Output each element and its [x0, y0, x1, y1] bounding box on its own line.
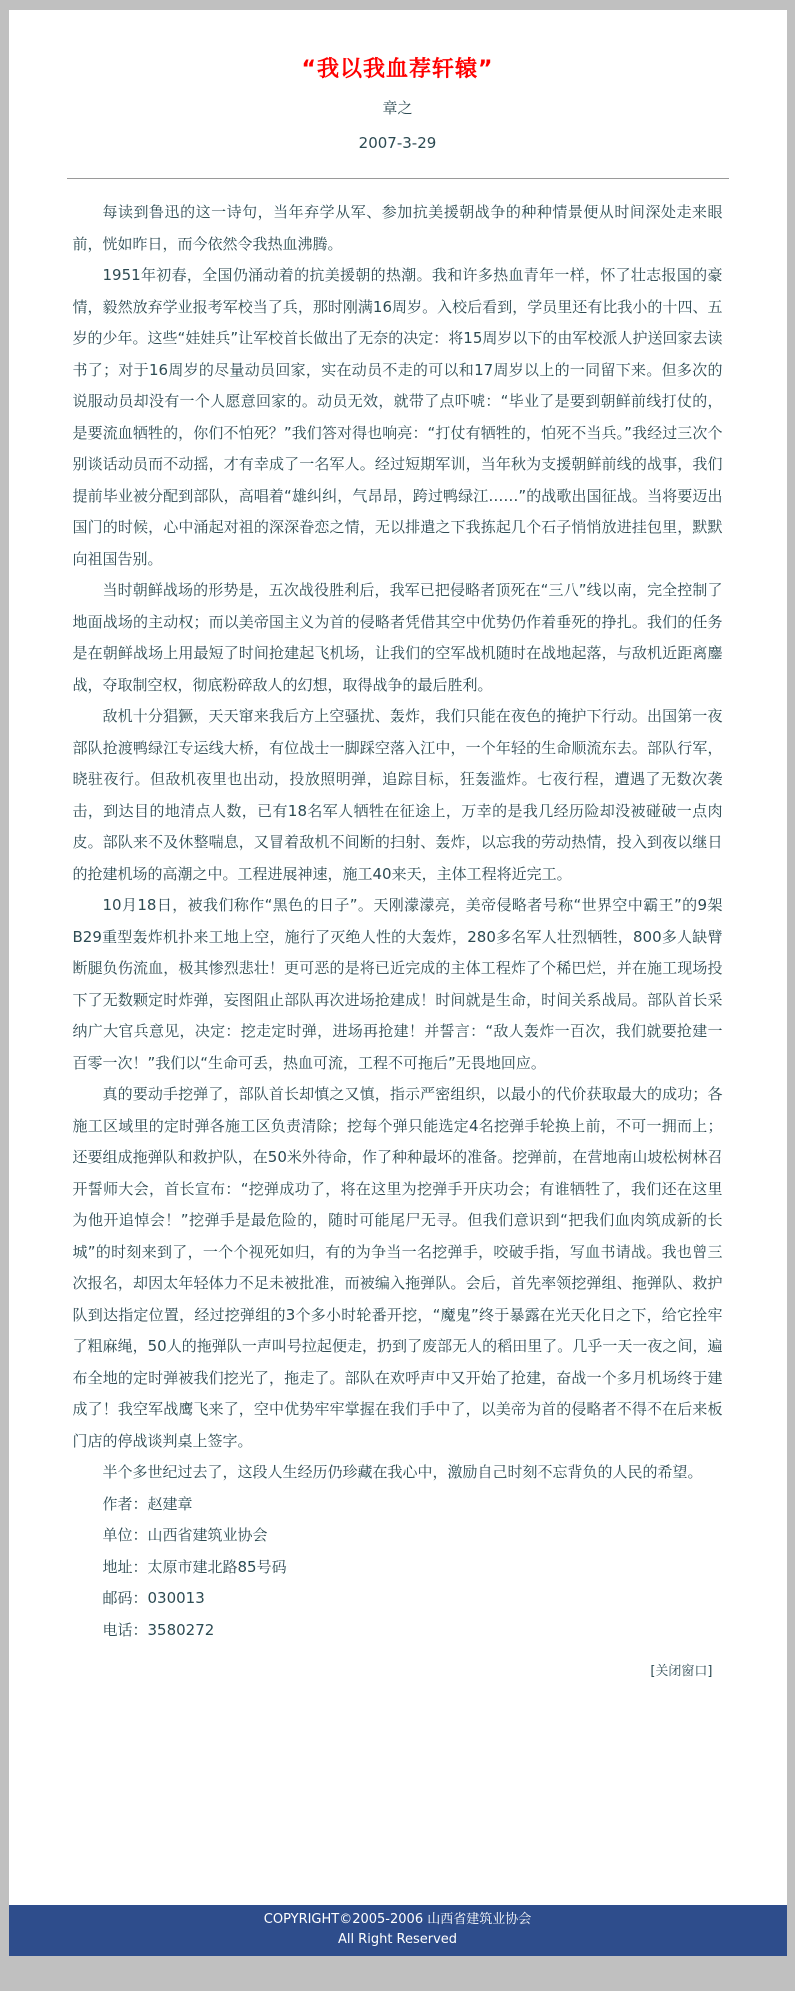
article-paragraph: 敌机十分猖獗，天天窜来我后方上空骚扰、轰炸，我们只能在夜色的掩护下行动。出国第一…	[73, 701, 723, 890]
footer-rights: All Right Reserved	[9, 1930, 787, 1950]
meta-phone-line: 电话：3580272	[73, 1615, 723, 1647]
page-title: “我以我血荐轩辕”	[9, 52, 787, 83]
article-author: 章之	[9, 97, 787, 118]
article-paragraph: 当时朝鲜战场的形势是，五次战役胜利后，我军已把侵略者顶死在“三八”线以南，完全控…	[73, 575, 723, 701]
article-paragraph: 每读到鲁迅的这一诗句，当年弃学从军、参加抗美援朝战争的种种情景便从时间深处走来眼…	[73, 197, 723, 260]
page-footer: COPYRIGHT©2005-2006 山西省建筑业协会 All Right R…	[9, 1905, 787, 1956]
article-paragraph: 半个多世纪过去了，这段人生经历仍珍藏在我心中，激励自己时刻不忘背负的人民的希望。	[73, 1457, 723, 1489]
header-divider	[67, 178, 729, 179]
meta-author-line: 作者：赵建章	[73, 1489, 723, 1521]
article-paragraph: 10月18日，被我们称作“黑色的日子”。天刚濛濛亮，美帝侵略者号称“世界空中霸王…	[73, 890, 723, 1079]
meta-address-line: 地址：太原市建北路85号码	[73, 1552, 723, 1584]
article-content: “我以我血荐轩辕” 章之 2007-3-29 每读到鲁迅的这一诗句，当年弃学从军…	[9, 10, 787, 1905]
article-date: 2007-3-29	[9, 134, 787, 152]
meta-zipcode-line: 邮码：030013	[73, 1583, 723, 1615]
page-container: “我以我血荐轩辕” 章之 2007-3-29 每读到鲁迅的这一诗句，当年弃学从军…	[9, 10, 787, 1956]
meta-unit-line: 单位：山西省建筑业协会	[73, 1520, 723, 1552]
close-window-link[interactable]: [关闭窗口]	[650, 1664, 712, 1679]
footer-copyright: COPYRIGHT©2005-2006 山西省建筑业协会	[9, 1910, 787, 1930]
article-meta-block: 作者：赵建章 单位：山西省建筑业协会 地址：太原市建北路85号码 邮码：0300…	[73, 1489, 723, 1647]
article-paragraph: 真的要动手挖弹了，部队首长却慎之又慎，指示严密组织，以最小的代价获取最大的成功；…	[73, 1079, 723, 1457]
article-paragraph: 1951年初春，全国仍涌动着的抗美援朝的热潮。我和许多热血青年一样，怀了壮志报国…	[73, 260, 723, 575]
article-body: 每读到鲁迅的这一诗句，当年弃学从军、参加抗美援朝战争的种种情景便从时间深处走来眼…	[9, 197, 787, 1646]
close-window-row: [关闭窗口]	[9, 1646, 787, 1689]
